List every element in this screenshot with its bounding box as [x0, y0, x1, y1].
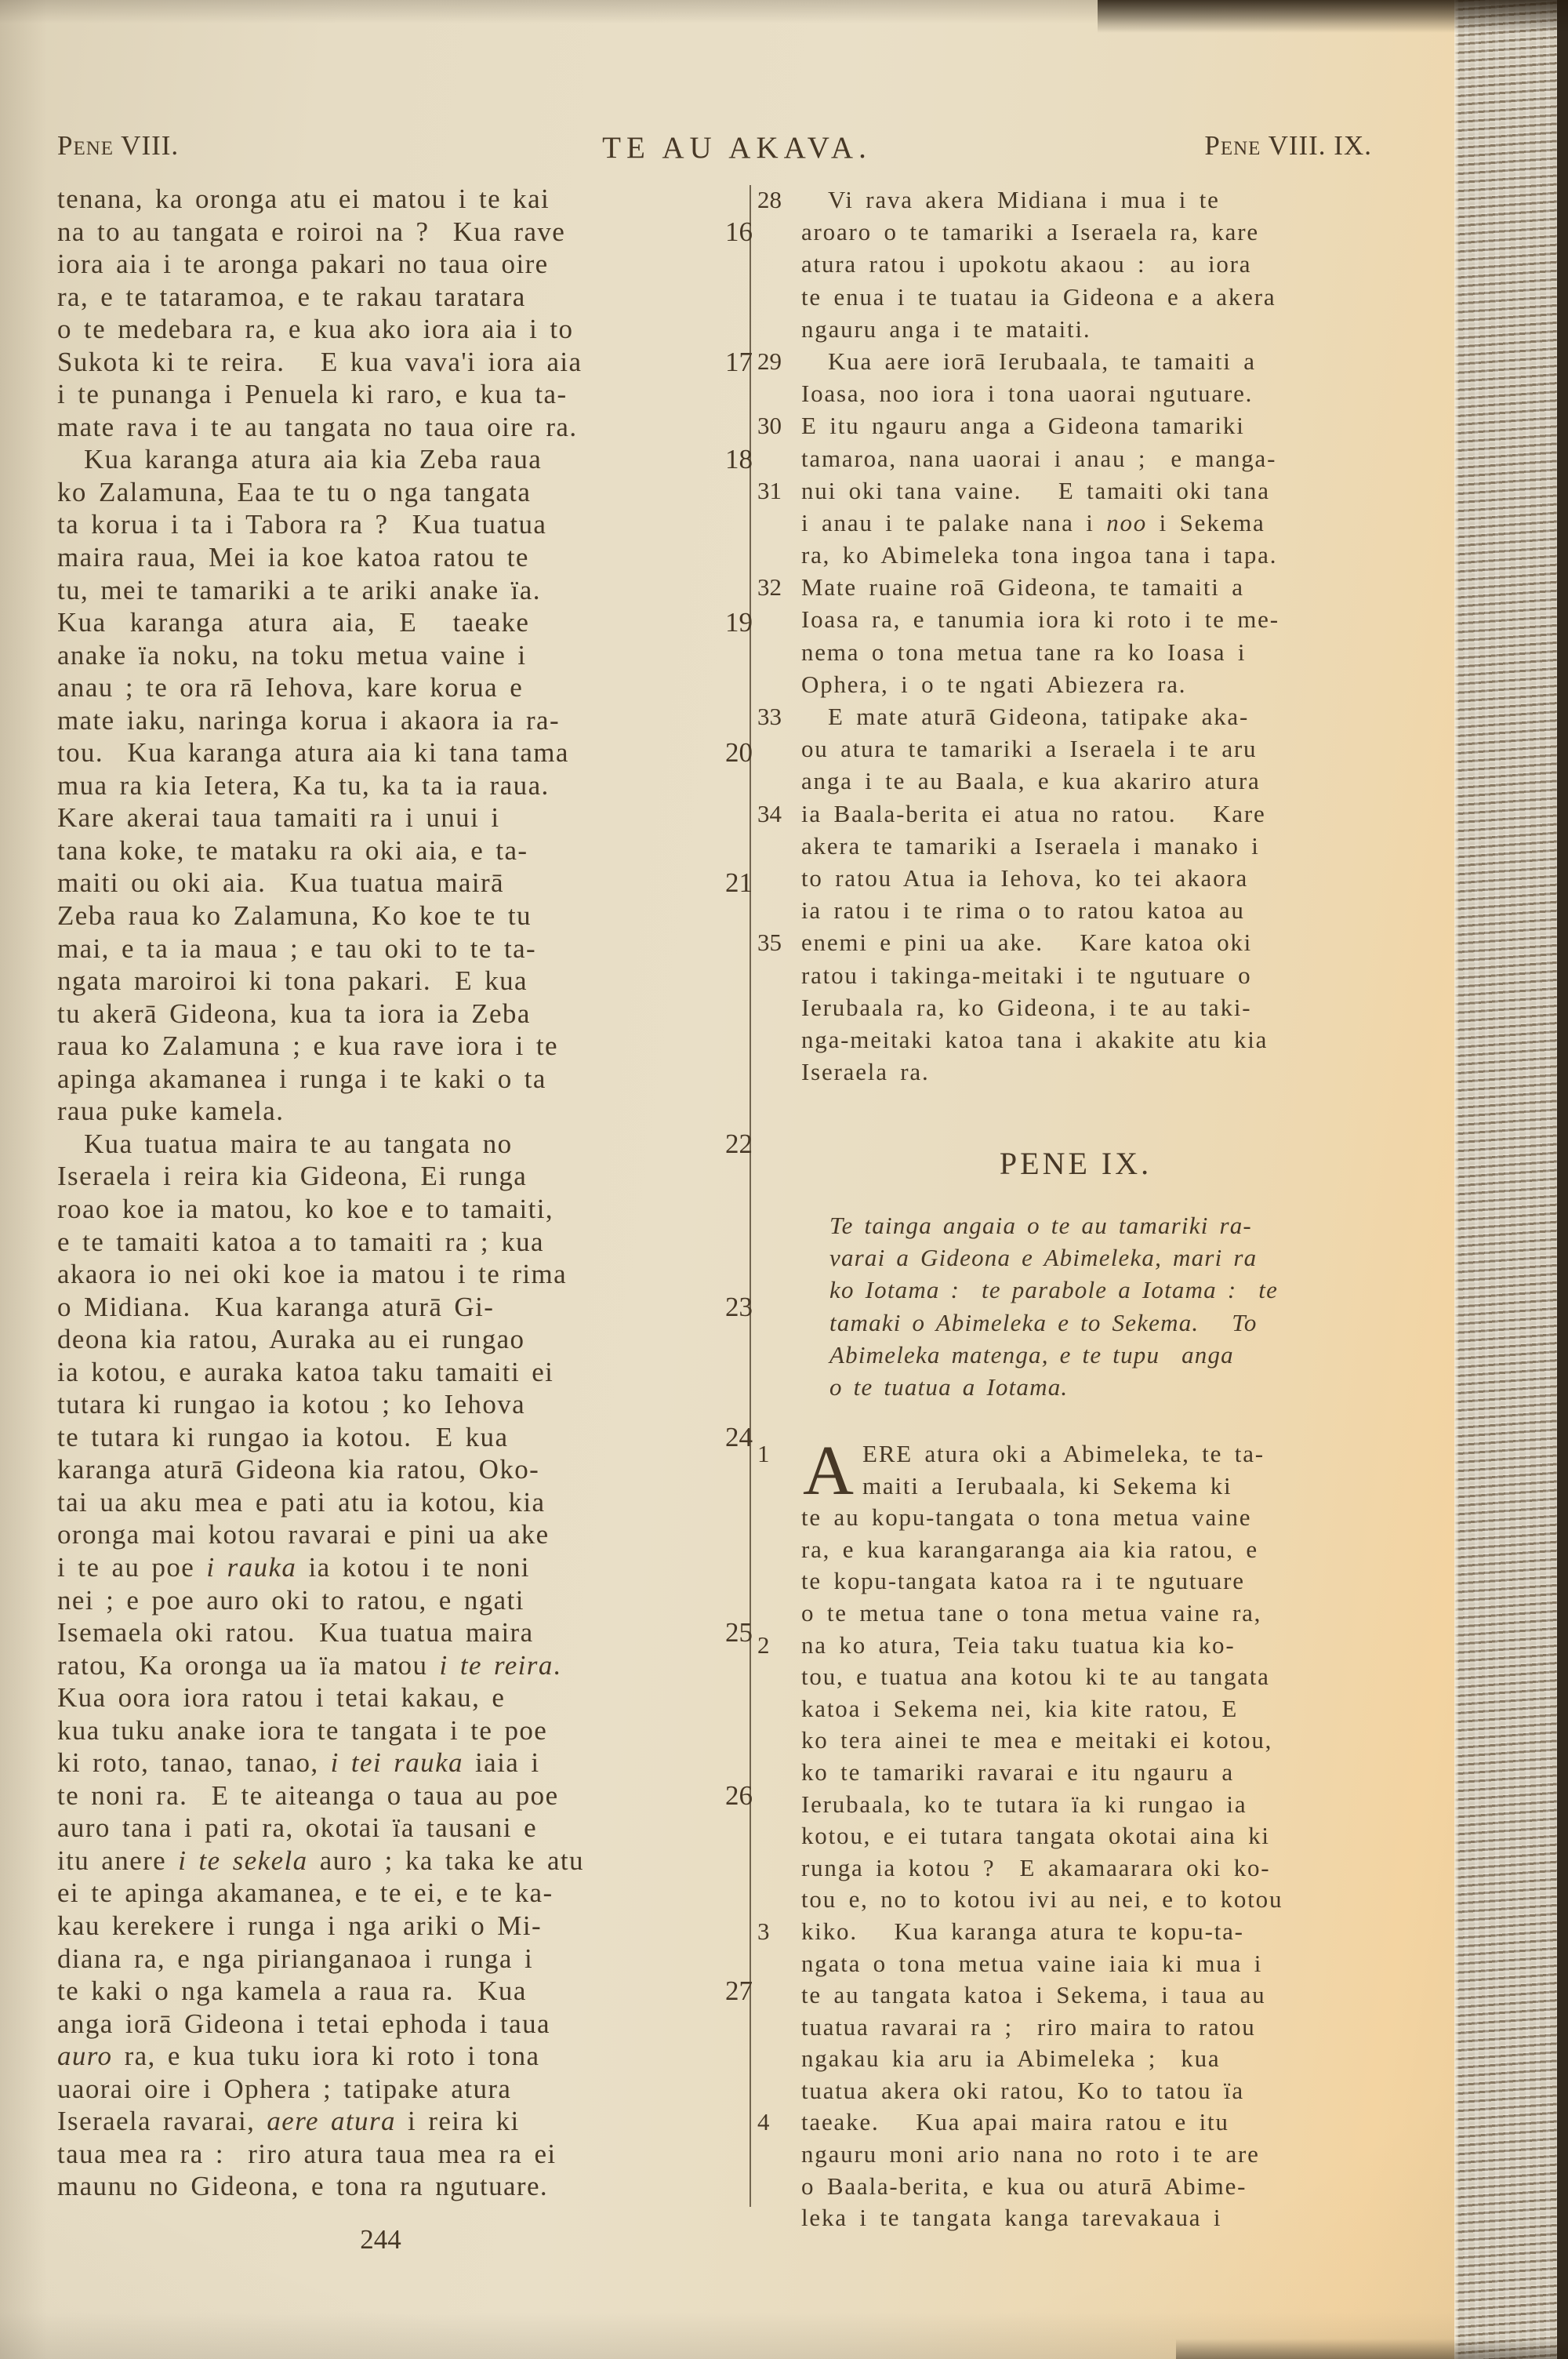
text-run: Kua karanga atura aia, E taeake — [57, 607, 529, 638]
text-run: ko tera ainei te mea e meitaki ei kotou, — [801, 1726, 1272, 1754]
text-run: aroaro o te tamariki a Iseraela ra, kare — [801, 218, 1259, 245]
text-line: oronga mai kotou ravarai e pini ua ake — [57, 1518, 704, 1551]
text-line: ngata maroiroi ki tona pakari. E kua — [57, 965, 704, 998]
text-line: maiti a Ierubaala, ki Sekema ki — [801, 1470, 1350, 1503]
text-line: i te au poe i rauka ia kotou i te noni — [57, 1551, 704, 1584]
text-line: akera te tamariki a Iseraela i manako i — [801, 830, 1350, 862]
text-run: auro ; ka taka ke atu — [308, 1845, 584, 1876]
text-line: taua mea ra : riro atura taua mea ra ei — [57, 2138, 704, 2171]
text-line: te tutara ki rungao ia kotou. E kua24 — [57, 1421, 704, 1454]
text-line: ratou, Ka oronga ua ïa matou i te reira. — [57, 1649, 704, 1682]
text-run: akaora io nei oki koe ia matou i te rima — [57, 1259, 567, 1289]
text-line: auro ra, e kua tuku iora ki roto i tona — [57, 2040, 704, 2073]
text-run: ERE atura oki a Abimeleka, te ta- — [862, 1440, 1265, 1467]
photo-right-edge — [1557, 0, 1568, 2359]
text-line: ratou i takinga-meitaki i te ngutuare o — [801, 959, 1350, 991]
bottom-shadow — [1176, 2339, 1568, 2359]
text-run: e te tamaiti katoa a to tamaiti ra ; kua — [57, 1227, 544, 1257]
text-run: maiti a Ierubaala, ki Sekema ki — [862, 1472, 1232, 1499]
text-line: Iseraela ravarai, aere atura i reira ki — [57, 2105, 704, 2138]
text-run: . — [554, 1650, 561, 1681]
text-run: i reira ki — [396, 2106, 520, 2136]
text-run: Iseraela i reira kia Gideona, Ei runga — [57, 1161, 527, 1191]
text-line: ko te tamariki ravarai e itu ngauru a — [801, 1757, 1350, 1789]
text-line: o Baala-berita, e kua ou aturā Abime- — [801, 2171, 1350, 2203]
text-run: o te medebara ra, e kua ako iora aia i t… — [57, 314, 573, 344]
text-line: ra, e kua karangaranga aia kia ratou, e — [801, 1534, 1350, 1566]
text-line: maira raua, Mei ia koe katoa ratou te — [57, 541, 704, 574]
text-line: anake ïa noku, na toku metua vaine i — [57, 639, 704, 672]
verse-number: 32 — [757, 571, 782, 603]
text-run: tuatua akera oki ratou, Ko to tatou ïa — [801, 2077, 1244, 2104]
text-run: ratou i takinga-meitaki i te ngutuare o — [801, 961, 1251, 989]
text-run: ra, e kua tuku iora ki roto i tona — [112, 2041, 539, 2071]
italic-text-run: i rauka — [206, 1552, 296, 1583]
text-run: o Midiana. Kua karanga aturā Gi- — [57, 1292, 494, 1322]
text-line: nema o tona metua tane ra ko Ioasa i — [801, 636, 1350, 668]
text-run: o te metua tane o tona metua vaine ra, — [801, 1599, 1261, 1627]
text-run: atura ratou i upokotu akaou : au iora — [801, 250, 1251, 278]
text-run: runga ia kotou ? E akamaarara oki ko- — [801, 1854, 1270, 1881]
text-run: taeake. Kua apai maira ratou e itu — [801, 2108, 1229, 2135]
running-head-title: TE AU AKAVA. — [345, 130, 1129, 165]
text-line: anga iorā Gideona i tetai ephoda i taua — [57, 2008, 704, 2041]
text-line: E itu ngauru anga a Gideona tamariki30 — [801, 409, 1350, 442]
text-run: na to au tangata e roiroi na ? Kua rave — [57, 216, 565, 247]
verse-number: 24 — [725, 1421, 753, 1454]
text-run: ngakau kia aru ia Abimeleka ; kua — [801, 2045, 1220, 2072]
text-line: tenana, ka oronga atu ei matou i te kai — [57, 183, 704, 216]
text-run: tamaki o Abimeleka e to Sekema. To — [829, 1309, 1258, 1336]
text-line: te kaki o nga kamela a raua ra. Kua27 — [57, 1975, 704, 2008]
text-run: Te tainga angaia o te au tamariki ra- — [829, 1212, 1252, 1239]
chapter-summary: Te tainga angaia o te au tamariki ra-var… — [829, 1209, 1350, 1403]
right-column-verses: Vi rava akera Midiana i mua i te28aroaro… — [801, 184, 1350, 1088]
top-shadow — [1098, 0, 1568, 33]
text-line: ia kotou, e auraka katoa taku tamaiti ei — [57, 1356, 704, 1389]
text-line: E mate aturā Gideona, tatipake aka-33 — [801, 700, 1350, 732]
text-run: i anau i te palake nana i — [801, 509, 1106, 536]
text-run: roao koe ia matou, ko koe e to tamaiti, — [57, 1194, 554, 1224]
verse-number: 18 — [725, 443, 753, 476]
text-line: i te punanga i Penuela ki raro, e kua ta… — [57, 378, 704, 411]
text-line: Ierubaala, ko te tutara ïa ki rungao ia — [801, 1789, 1350, 1821]
text-line: itu anere i te sekela auro ; ka taka ke … — [57, 1845, 704, 1877]
text-line: ERE atura oki a Abimeleka, te ta-1 — [801, 1438, 1350, 1470]
text-run: kiko. Kua karanga atura te kopu-ta- — [801, 1917, 1244, 1945]
verse-number: 3 — [757, 1916, 770, 1948]
text-run: iora aia i te aronga pakari no taua oire — [57, 249, 549, 279]
text-line: ou atura te tamariki a Iseraela i te aru — [801, 732, 1350, 765]
text-run: oronga mai kotou ravarai e pini ua ake — [57, 1519, 550, 1550]
text-line: Isemaela oki ratou. Kua tuatua maira25 — [57, 1616, 704, 1649]
text-run: varai a Gideona e Abimeleka, mari ra — [829, 1244, 1257, 1271]
text-run: leka i te tangata kanga tarevakaua i — [801, 2204, 1221, 2231]
text-run: Kua karanga atura aia kia Zeba raua — [84, 444, 542, 474]
text-line: ta korua i ta i Tabora ra ? Kua tuatua — [57, 508, 704, 541]
text-run: nui oki tana vaine. E tamaiti oki tana — [801, 477, 1270, 504]
text-run: auro tana i pati ra, okotai ïa tausani e — [57, 1812, 537, 1843]
verse-number: 20 — [725, 736, 753, 769]
text-run: Ophera, i o te ngati Abiezera ra. — [801, 671, 1186, 698]
text-run: taua mea ra : riro atura taua mea ra ei — [57, 2139, 557, 2169]
text-run: Ioasa, noo iora i tona uaorai ngutuare. — [801, 380, 1253, 407]
text-run: na ko atura, Teia taku tuatua kia ko- — [801, 1631, 1235, 1659]
text-line: ra, e te tataramoa, e te rakau taratara — [57, 281, 704, 314]
text-run: anau ; te ora rā Iehova, kare korua e — [57, 672, 523, 703]
drop-cap: A — [803, 1440, 854, 1503]
text-run: o te tuatua a Iotama. — [829, 1373, 1068, 1401]
text-run: Kua aere iorā Ierubaala, te tamaiti a — [828, 347, 1256, 375]
text-line: Zeba raua ko Zalamuna, Ko koe te tu — [57, 900, 704, 932]
text-line: o te metua tane o tona metua vaine ra, — [801, 1598, 1350, 1630]
text-line: deona kia ratou, Auraka au ei rungao — [57, 1323, 704, 1356]
text-run: o Baala-berita, e kua ou aturā Abime- — [801, 2172, 1247, 2200]
italic-text-run: aere atura — [267, 2106, 396, 2136]
text-run: ratou, Ka oronga ua ïa matou — [57, 1650, 440, 1681]
text-run: tou. Kua karanga atura aia ki tana tama — [57, 737, 569, 768]
text-run: Mate ruaine roā Gideona, te tamaiti a — [801, 573, 1244, 601]
verse-number: 29 — [757, 345, 782, 377]
text-line: tou. Kua karanga atura aia ki tana tama2… — [57, 736, 704, 769]
text-run: nga-meitaki katoa tana i akakite atu kia — [801, 1026, 1268, 1053]
italic-text-run: i te sekela — [178, 1845, 307, 1876]
verse-number: 21 — [725, 867, 753, 900]
text-run: tenana, ka oronga atu ei matou i te kai — [57, 184, 550, 214]
text-run: apinga akamanea i runga i te kaki o ta — [57, 1063, 546, 1094]
text-run: enemi e pini ua ake. Kare katoa oki — [801, 929, 1252, 956]
verse-number: 23 — [725, 1291, 753, 1324]
text-line: tutara ki rungao ia kotou ; ko Iehova — [57, 1388, 704, 1421]
text-line: aroaro o te tamariki a Iseraela ra, kare — [801, 216, 1350, 248]
text-line: ki roto, tanao, tanao, i tei rauka iaia … — [57, 1747, 704, 1779]
text-line: Kua aere iorā Ierubaala, te tamaiti a29 — [801, 345, 1350, 377]
text-run: ko Zalamuna, Eaa te tu o nga tangata — [57, 477, 531, 507]
text-line: kotou, e ei tutara tangata okotai aina k… — [801, 1820, 1350, 1852]
text-run: tou e, no to kotou ivi au nei, e to koto… — [801, 1885, 1283, 1913]
text-run: te enua i te tuatau ia Gideona e a akera — [801, 283, 1276, 311]
text-run: Ierubaala ra, ko Gideona, i te au taki- — [801, 994, 1251, 1021]
text-line: ngata o tona metua vaine iaia ki mua i — [801, 1948, 1350, 1980]
text-run: ia Baala-berita ei atua no ratou. Kare — [801, 800, 1266, 827]
text-run: te tutara ki rungao ia kotou. E kua — [57, 1422, 508, 1452]
text-run: raua puke kamela. — [57, 1096, 284, 1126]
text-line: o te medebara ra, e kua ako iora aia i t… — [57, 313, 704, 346]
text-line: maiti ou oki aia. Kua tuatua mairā21 — [57, 867, 704, 900]
text-run: te noni ra. E te aiteanga o taua au poe — [57, 1780, 559, 1811]
text-run: nei ; e poe auro oki to ratou, e ngati — [57, 1585, 524, 1616]
text-line: Mate ruaine roā Gideona, te tamaiti a32 — [801, 571, 1350, 603]
text-line: tu, mei te tamariki a te ariki anake ïa. — [57, 574, 704, 607]
text-run: Zeba raua ko Zalamuna, Ko koe te tu — [57, 900, 532, 931]
verse-number: 19 — [725, 606, 753, 639]
text-run: kotou, e ei tutara tangata okotai aina k… — [801, 1822, 1270, 1849]
text-line: Ophera, i o te ngati Abiezera ra. — [801, 668, 1350, 700]
italic-text-run: i te reira — [440, 1650, 554, 1681]
text-line: ia ratou i te rima o to ratou katoa au — [801, 894, 1350, 926]
text-run: te au tangata katoa i Sekema, i taua au — [801, 1981, 1265, 2008]
text-run: akera te tamariki a Iseraela i manako i — [801, 832, 1260, 860]
text-line: ngauru anga i te mataiti. — [801, 313, 1350, 345]
text-line: ko Iotama : te parabole a Iotama : te — [829, 1274, 1350, 1306]
text-line: o Midiana. Kua karanga aturā Gi-23 — [57, 1291, 704, 1324]
verse-number: 4 — [757, 2106, 770, 2139]
text-run: ei te apinga akamanea, e te ei, e te ka- — [57, 1877, 554, 1908]
verse-number: 1 — [757, 1438, 770, 1470]
text-run: ia kotou i te noni — [296, 1552, 530, 1583]
text-run: mua ra kia Ietera, Ka tu, ka ta ia raua. — [57, 770, 550, 801]
text-run: E mate aturā Gideona, tatipake aka- — [828, 703, 1249, 730]
verse-number: 34 — [757, 798, 782, 830]
text-line: tamaroa, nana uaorai i anau ; e manga- — [801, 442, 1350, 474]
text-run: E itu ngauru anga a Gideona tamariki — [801, 412, 1245, 439]
text-run: ngata maroiroi ki tona pakari. E kua — [57, 965, 528, 996]
text-line: tuatua ravarai ra ; riro maira to ratou — [801, 2012, 1350, 2044]
text-run: mate iaku, naringa korua i akaora ia ra- — [57, 705, 560, 736]
book-fore-edge — [1454, 0, 1557, 2359]
text-line: na to au tangata e roiroi na ? Kua rave1… — [57, 216, 704, 249]
text-line: ko tera ainei te mea e meitaki ei kotou, — [801, 1725, 1350, 1757]
text-line: tu akerā Gideona, kua ta iora ia Zeba — [57, 998, 704, 1030]
text-run: ko Iotama : te parabole a Iotama : te — [829, 1276, 1278, 1303]
text-line: roao koe ia matou, ko koe e to tamaiti, — [57, 1193, 704, 1226]
chapter-heading: PENE IX. — [801, 1145, 1350, 1182]
text-line: tou, e tuatua ana kotou ki te au tangata — [801, 1661, 1350, 1693]
text-line: enemi e pini ua ake. Kare katoa oki35 — [801, 926, 1350, 958]
text-run: ia ratou i te rima o to ratou katoa au — [801, 896, 1245, 924]
text-line: auro tana i pati ra, okotai ïa tausani e — [57, 1812, 704, 1845]
text-run: ia kotou, e auraka katoa taku tamaiti ei — [57, 1357, 554, 1387]
text-run: Iseraela ra. — [801, 1058, 930, 1085]
column-divider — [750, 185, 751, 2207]
text-run: kau kerekere i runga i nga ariki o Mi- — [57, 1910, 542, 1941]
text-line: te au tangata katoa i Sekema, i taua au — [801, 1979, 1350, 2012]
text-line: Iseraela i reira kia Gideona, Ei runga — [57, 1160, 704, 1193]
text-line: Vi rava akera Midiana i mua i te28 — [801, 184, 1350, 216]
text-line: katoa i Sekema nei, kia kite ratou, E — [801, 1693, 1350, 1725]
text-line: i anau i te palake nana i noo i Sekema — [801, 507, 1350, 539]
text-line: ra, ko Abimeleka tona ingoa tana i tapa. — [801, 539, 1350, 571]
text-line: ngauru moni ario nana no roto i te are — [801, 2139, 1350, 2171]
verse-number: 31 — [757, 474, 782, 507]
text-line: to ratou Atua ia Iehova, ko tei akaora — [801, 862, 1350, 894]
text-line: anau ; te ora rā Iehova, kare korua e — [57, 671, 704, 704]
text-line: kau kerekere i runga i nga ariki o Mi- — [57, 1910, 704, 1943]
text-run: tamaroa, nana uaorai i anau ; e manga- — [801, 445, 1276, 472]
text-run: tuatua ravarai ra ; riro maira to ratou — [801, 2013, 1256, 2041]
text-line: ia Baala-berita ei atua no ratou. Kare34 — [801, 798, 1350, 830]
text-line: raua puke kamela. — [57, 1095, 704, 1128]
text-line: diana ra, e nga pirianganaoa i runga i — [57, 1943, 704, 1976]
text-line: tana koke, te mataku ra oki aia, e ta- — [57, 834, 704, 867]
verse-number: 17 — [725, 346, 753, 379]
text-line: iora aia i te aronga pakari no taua oire — [57, 248, 704, 281]
text-run: Sukota ki te reira. E kua vava'i iora ai… — [57, 347, 582, 377]
text-run: te kopu-tangata katoa ra i te ngutuare — [801, 1567, 1245, 1594]
text-line: karanga aturā Gideona kia ratou, Oko- — [57, 1453, 704, 1486]
text-line: nui oki tana vaine. E tamaiti oki tana31 — [801, 474, 1350, 507]
text-line: tuatua akera oki ratou, Ko to tatou ïa — [801, 2075, 1350, 2107]
text-line: Ioasa, noo iora i tona uaorai ngutuare. — [801, 377, 1350, 409]
verse-number: 22 — [725, 1128, 753, 1161]
page-number: 244 — [57, 2224, 704, 2255]
text-line: Kua karanga atura aia, E taeake19 — [57, 606, 704, 639]
text-run: tai ua aku mea e pati atu ia kotou, kia — [57, 1487, 545, 1518]
text-line: Ioasa ra, e tanumia iora ki roto i te me… — [801, 603, 1350, 635]
text-line: te enua i te tuatau ia Gideona e a akera — [801, 281, 1350, 313]
text-run: i te punanga i Penuela ki raro, e kua ta… — [57, 379, 568, 409]
verse-number: 25 — [725, 1616, 753, 1649]
text-run: ko te tamariki ravarai e itu ngauru a — [801, 1758, 1234, 1786]
text-run: uaorai oire i Ophera ; tatipake atura — [57, 2074, 511, 2104]
running-head-right: Pene VIII. IX. — [1090, 130, 1372, 162]
text-run: ngata o tona metua vaine iaia ki mua i — [801, 1950, 1262, 1977]
text-line: nei ; e poe auro oki to ratou, e ngati — [57, 1584, 704, 1617]
verse-number: 27 — [725, 1975, 753, 2008]
text-run: mate rava i te au tangata no taua oire r… — [57, 412, 578, 442]
text-line: tai ua aku mea e pati atu ia kotou, kia — [57, 1486, 704, 1519]
text-line: raua ko Zalamuna ; e kua rave iora i te — [57, 1030, 704, 1063]
text-line: mate iaku, naringa korua i akaora ia ra- — [57, 704, 704, 737]
verse-number: 28 — [757, 184, 782, 216]
italic-text-run: auro — [57, 2041, 112, 2071]
text-run: te kaki o nga kamela a raua ra. Kua — [57, 1976, 527, 2006]
text-line: te au kopu-tangata o tona metua vaine — [801, 1502, 1350, 1534]
text-run: Kua oora iora ratou i tetai kakau, e — [57, 1682, 505, 1713]
text-line: anga i te au Baala, e kua akariro atura — [801, 765, 1350, 797]
text-run: maunu no Gideona, e tona ra ngutuare. — [57, 2171, 548, 2201]
text-run: tu, mei te tamariki a te ariki anake ïa. — [57, 575, 541, 605]
text-run: tutara ki rungao ia kotou ; ko Iehova — [57, 1389, 525, 1419]
text-line: mai, e ta ia maua ; e tau oki to te ta- — [57, 932, 704, 965]
text-line: tou e, no to kotou ivi au nei, e to koto… — [801, 1884, 1350, 1916]
text-line: Kare akerai taua tamaiti ra i unui i — [57, 801, 704, 834]
text-run: tana koke, te mataku ra oki aia, e ta- — [57, 835, 528, 866]
text-run: Kare akerai taua tamaiti ra i unui i — [57, 802, 499, 833]
text-line: uaorai oire i Ophera ; tatipake atura — [57, 2073, 704, 2106]
text-run: Kua tuatua maira te au tangata no — [84, 1129, 513, 1159]
text-run: Abimeleka matenga, e te tupu anga — [829, 1341, 1234, 1369]
text-line: kua tuku anake iora te tangata i te poe — [57, 1714, 704, 1747]
text-run: ngauru moni ario nana no roto i te are — [801, 2140, 1260, 2168]
text-run: ki roto, tanao, tanao, — [57, 1747, 331, 1778]
text-run: katoa i Sekema nei, kia kite ratou, E — [801, 1695, 1238, 1722]
text-run: te au kopu-tangata o tona metua vaine — [801, 1503, 1251, 1531]
text-line: na ko atura, Teia taku tuatua kia ko-2 — [801, 1630, 1350, 1662]
text-run: Isemaela oki ratou. Kua tuatua maira — [57, 1617, 534, 1648]
text-line: ngakau kia aru ia Abimeleka ; kua — [801, 2043, 1350, 2075]
running-head-left: Pene VIII. — [57, 130, 179, 162]
text-run: anga i te au Baala, e kua akariro atura — [801, 767, 1261, 794]
text-run: deona kia ratou, Auraka au ei rungao — [57, 1324, 524, 1354]
text-line: tamaki o Abimeleka e to Sekema. To — [829, 1307, 1350, 1339]
text-line: Te tainga angaia o te au tamariki ra- — [829, 1209, 1350, 1241]
text-run: anake ïa noku, na toku metua vaine i — [57, 640, 527, 671]
text-line: ko Zalamuna, Eaa te tu o nga tangata — [57, 476, 704, 509]
text-line: runga ia kotou ? E akamaarara oki ko- — [801, 1852, 1350, 1885]
text-line: taeake. Kua apai maira ratou e itu4 — [801, 2106, 1350, 2139]
text-run: tou, e tuatua ana kotou ki te au tangata — [801, 1663, 1270, 1690]
text-line: Kua karanga atura aia kia Zeba raua18 — [57, 443, 704, 476]
verse-number: 35 — [757, 926, 782, 958]
text-run: ra, e te tataramoa, e te rakau taratara — [57, 282, 526, 312]
verse-number: 26 — [725, 1779, 753, 1812]
text-line: nga-meitaki katoa tana i akakite atu kia — [801, 1023, 1350, 1056]
text-line: o te tuatua a Iotama. — [829, 1371, 1350, 1403]
text-line: ei te apinga akamanea, e te ei, e te ka- — [57, 1877, 704, 1910]
text-run: ou atura te tamariki a Iseraela i te aru — [801, 735, 1257, 762]
text-run: ra, e kua karangaranga aia kia ratou, e — [801, 1536, 1258, 1563]
text-run: iaia i — [463, 1747, 540, 1778]
text-line: Iseraela ra. — [801, 1056, 1350, 1088]
text-run: diana ra, e nga pirianganaoa i runga i — [57, 1943, 533, 1974]
text-line: atura ratou i upokotu akaou : au iora — [801, 248, 1350, 280]
text-run: Ioasa ra, e tanumia iora ki roto i te me… — [801, 605, 1279, 633]
text-line: Kua oora iora ratou i tetai kakau, e — [57, 1681, 704, 1714]
text-run: raua ko Zalamuna ; e kua rave iora i te — [57, 1030, 558, 1061]
text-line: varai a Gideona e Abimeleka, mari ra — [829, 1241, 1350, 1274]
text-line: apinga akamanea i runga i te kaki o ta — [57, 1063, 704, 1096]
text-line: te noni ra. E te aiteanga o taua au poe2… — [57, 1779, 704, 1812]
text-line: mua ra kia Ietera, Ka tu, ka ta ia raua. — [57, 769, 704, 802]
right-column-chapter9: ERE atura oki a Abimeleka, te ta-1maiti … — [801, 1438, 1350, 2234]
text-run: tu akerā Gideona, kua ta iora ia Zeba — [57, 998, 531, 1029]
text-run: Vi rava akera Midiana i mua i te — [828, 186, 1220, 213]
text-line: Kua tuatua maira te au tangata no22 — [57, 1128, 704, 1161]
text-line: kiko. Kua karanga atura te kopu-ta-3 — [801, 1916, 1350, 1948]
text-run: nema o tona metua tane ra ko Ioasa i — [801, 638, 1246, 666]
verse-number: 2 — [757, 1630, 770, 1662]
text-run: ngauru anga i te mataiti. — [801, 315, 1091, 343]
text-line: Sukota ki te reira. E kua vava'i iora ai… — [57, 346, 704, 379]
text-run: to ratou Atua ia Iehova, ko tei akaora — [801, 864, 1248, 892]
text-run: maiti ou oki aia. Kua tuatua mairā — [57, 867, 504, 898]
text-line: mate rava i te au tangata no taua oire r… — [57, 411, 704, 444]
text-line: Abimeleka matenga, e te tupu anga — [829, 1339, 1350, 1371]
italic-text-run: i tei rauka — [331, 1747, 463, 1778]
verse-number: 30 — [757, 409, 782, 442]
text-run: itu anere — [57, 1845, 178, 1876]
text-line: e te tamaiti katoa a to tamaiti ra ; kua — [57, 1226, 704, 1259]
text-line: akaora io nei oki koe ia matou i te rima — [57, 1258, 704, 1291]
left-column: tenana, ka oronga atu ei matou i te kain… — [57, 183, 704, 2203]
verse-number: 16 — [725, 216, 753, 249]
text-run: Iseraela ravarai, — [57, 2106, 267, 2136]
text-run: mai, e ta ia maua ; e tau oki to te ta- — [57, 933, 536, 964]
text-run: i te au poe — [57, 1552, 206, 1583]
text-run: ta korua i ta i Tabora ra ? Kua tuatua — [57, 509, 546, 540]
text-line: te kopu-tangata katoa ra i te ngutuare — [801, 1565, 1350, 1598]
text-line: Ierubaala ra, ko Gideona, i te au taki- — [801, 991, 1350, 1023]
text-run: Ierubaala, ko te tutara ïa ki rungao ia — [801, 1790, 1247, 1818]
text-run: maira raua, Mei ia koe katoa ratou te — [57, 542, 529, 572]
text-line: leka i te tangata kanga tarevakaua i — [801, 2202, 1350, 2234]
text-run: karanga aturā Gideona kia ratou, Oko- — [57, 1454, 539, 1485]
text-run: i Sekema — [1147, 509, 1265, 536]
text-line: maunu no Gideona, e tona ra ngutuare. — [57, 2170, 704, 2203]
verse-number: 33 — [757, 700, 782, 732]
text-run: kua tuku anake iora te tangata i te poe — [57, 1715, 547, 1746]
text-run: anga iorā Gideona i tetai ephoda i taua — [57, 2008, 550, 2039]
text-run: ra, ko Abimeleka tona ingoa tana i tapa. — [801, 541, 1277, 569]
italic-text-run: noo — [1106, 509, 1147, 536]
